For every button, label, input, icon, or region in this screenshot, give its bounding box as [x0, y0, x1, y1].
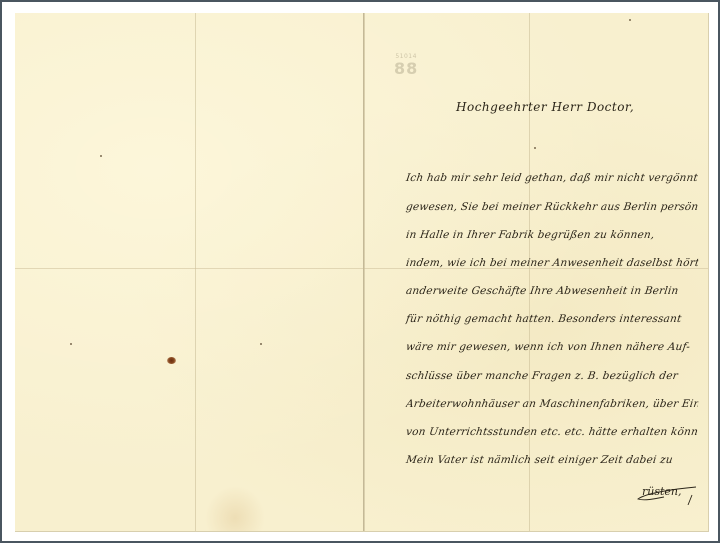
letter-line: Mein Vater ist nämlich seit einiger Zeit…	[405, 454, 699, 466]
letter-line: Ich hab mir sehr leid gethan, daß mir ni…	[405, 172, 699, 184]
letter-sheet: 51014 88 Hochgeehrter Herr Doctor, Ich h…	[15, 13, 709, 532]
closing-word: rüsten,	[642, 485, 682, 498]
speck	[100, 155, 102, 157]
ink-stain	[167, 357, 176, 364]
letter-line: in Halle in Ihrer Fabrik begrüßen zu kön…	[405, 229, 699, 241]
letter-line: gewesen, Sie bei meiner Rückkehr aus Ber…	[405, 201, 699, 213]
letter-line: indem, wie ich bei meiner Anwesenheit da…	[405, 257, 699, 269]
fold-line-horizontal	[15, 268, 364, 269]
letter-line: anderweite Geschäfte Ihre Abwesenheit in…	[405, 285, 699, 297]
speck	[260, 343, 262, 345]
left-page	[15, 13, 364, 531]
right-page: 51014 88 Hochgeehrter Herr Doctor, Ich h…	[364, 13, 708, 531]
letter-line: für nöthig gemacht hatten. Besonders int…	[405, 313, 699, 325]
letter-line: Arbeiterwohnhäuser an Maschinenfabriken,…	[405, 398, 699, 410]
letter-line: wäre mir gewesen, wenn ich von Ihnen näh…	[405, 341, 699, 353]
letter-line: schlüsse über manche Fragen z. B. bezügl…	[405, 370, 699, 382]
fold-line-vertical	[195, 13, 196, 531]
letter-body: Ich hab mir sehr leid gethan, daß mir ni…	[364, 13, 708, 531]
image-frame: 51014 88 Hochgeehrter Herr Doctor, Ich h…	[0, 0, 720, 543]
letter-line: von Unterrichtsstunden etc. etc. hätte e…	[405, 426, 699, 438]
speck	[70, 343, 72, 345]
